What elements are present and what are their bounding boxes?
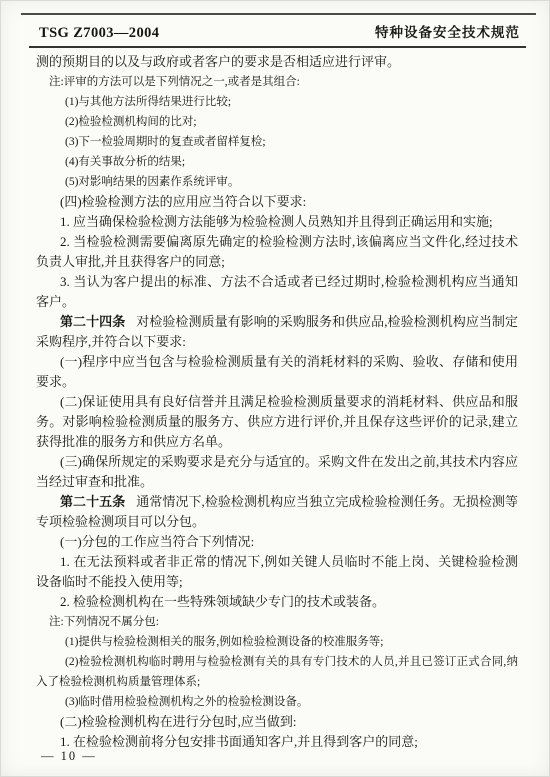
document-code: TSG Z7003—2004 xyxy=(39,25,159,42)
paragraph-text: (3)临时借用检验检测机构之外的检验检测设备。 xyxy=(65,696,308,708)
paragraph: (一)分包的工作应当符合下列情况: xyxy=(36,532,518,552)
paragraph: (四)检验检测方法的应用应当符合以下要求: xyxy=(36,192,518,212)
paragraph: (二)保证使用具有良好信誉并且满足检验检测质量要求的消耗材料、供应品和服务。对影… xyxy=(36,392,518,452)
paragraph: (2)检验检测机构间的比对; xyxy=(36,112,518,132)
paragraph: (3)临时借用检验检测机构之外的检验检测设备。 xyxy=(36,692,518,712)
article-paragraph: 第二十五条通常情况下,检验检测机构应当独立完成检验检测任务。无损检测等专项检验检… xyxy=(36,492,518,532)
article-number: 第二十四条 xyxy=(60,314,125,329)
paragraph-text: 2. 检验检测机构在一些特殊领域缺少专门的技术或装备。 xyxy=(60,594,385,609)
article-paragraph: 第二十四条对检验检测质量有影响的采购服务和供应品,检验检测机构应当制定采购程序,… xyxy=(36,312,518,352)
paragraph: 1. 应当确保检验检测方法能够为检验检测人员熟知并且得到正确运用和实施; xyxy=(36,212,518,232)
paragraph: (三)确保所规定的采购要求是充分与适宜的。采购文件在发出之前,其技术内容应当经过… xyxy=(36,452,518,492)
document-page: TSG Z7003—2004 特种设备安全技术规范 测的预期目的以及与政府或者客… xyxy=(0,0,550,777)
paragraph: 注:评审的方法可以是下列情况之一,或者是其组合: xyxy=(36,72,518,92)
paragraph-text: (5)对影响结果的因素作系统评审。 xyxy=(65,176,239,188)
page-number: — 10 — xyxy=(41,746,97,766)
paragraph-text: (1)提供与检验检测相关的服务,例如检验检测设备的校准服务等; xyxy=(65,636,383,648)
header-rule xyxy=(29,46,526,48)
paragraph: (3)下一检验周期时的复查或者留样复检; xyxy=(36,132,518,152)
paragraph-text: (1)与其他方法所得结果进行比较; xyxy=(65,96,231,108)
paragraph: 2. 当检验检测需要偏离原先确定的检验检测方法时,该偏离应当文件化,经过技术负责… xyxy=(36,232,518,272)
paragraph-text: (二)保证使用具有良好信誉并且满足检验检测质量要求的消耗材料、供应品和服务。对影… xyxy=(36,394,518,449)
paragraph-text: (2)检验检测机构间的比对; xyxy=(65,116,197,128)
paragraph-text: (3)下一检验周期时的复查或者留样复检; xyxy=(65,136,266,148)
document-body: 测的预期目的以及与政府或者客户的要求是否相适应进行评审。注:评审的方法可以是下列… xyxy=(36,52,518,752)
page-header: TSG Z7003—2004 特种设备安全技术规范 xyxy=(39,21,520,42)
paragraph: 1. 在无法预料或者非正常的情况下,例如关键人员临时不能上岗、关键检验检测设备临… xyxy=(36,552,518,592)
paragraph: 2. 检验检测机构在一些特殊领域缺少专门的技术或装备。 xyxy=(36,592,518,612)
paragraph: 1. 在检验检测前将分包安排书面通知客户,并且得到客户的同意; xyxy=(36,732,518,752)
paragraph: 3. 当认为客户提出的标准、方法不合适或者已经过期时,检验检测机构应当通知客户。 xyxy=(36,272,518,312)
paragraph-text: (2)检验检测机构临时聘用与检验检测有关的具有专门技术的人员,并且已签订正式合同… xyxy=(36,656,518,688)
paragraph-text: 测的预期目的以及与政府或者客户的要求是否相适应进行评审。 xyxy=(36,54,400,69)
paragraph-text: 2. 当检验检测需要偏离原先确定的检验检测方法时,该偏离应当文件化,经过技术负责… xyxy=(36,234,518,269)
paragraph: (1)提供与检验检测相关的服务,例如检验检测设备的校准服务等; xyxy=(36,632,518,652)
paragraph-text: 1. 在无法预料或者非正常的情况下,例如关键人员临时不能上岗、关键检验检测设备临… xyxy=(36,554,518,589)
document-title: 特种设备安全技术规范 xyxy=(375,21,520,41)
paragraph-text: (三)确保所规定的采购要求是充分与适宜的。采购文件在发出之前,其技术内容应当经过… xyxy=(36,454,518,489)
paragraph: (2)检验检测机构临时聘用与检验检测有关的具有专门技术的人员,并且已签订正式合同… xyxy=(36,652,518,692)
paragraph-text: 注:下列情况不属分包: xyxy=(49,616,159,628)
paragraph: 测的预期目的以及与政府或者客户的要求是否相适应进行评审。 xyxy=(36,52,518,72)
paragraph-text: (一)程序中应当包含与检验检测质量有关的消耗材料的采购、验收、存储和使用要求。 xyxy=(36,354,518,389)
paragraph: (二)检验检测机构在进行分包时,应当做到: xyxy=(36,712,518,732)
paragraph-text: 1. 应当确保检验检测方法能够为检验检测人员熟知并且得到正确运用和实施; xyxy=(60,214,493,229)
scan-edge-line xyxy=(21,13,536,15)
paragraph: (1)与其他方法所得结果进行比较; xyxy=(36,92,518,112)
paragraph-text: (一)分包的工作应当符合下列情况: xyxy=(60,534,254,549)
paragraph: (一)程序中应当包含与检验检测质量有关的消耗材料的采购、验收、存储和使用要求。 xyxy=(36,352,518,392)
paragraph-text: (4)有关事故分析的结果; xyxy=(65,156,185,168)
paragraph: (4)有关事故分析的结果; xyxy=(36,152,518,172)
paragraph: 注:下列情况不属分包: xyxy=(36,612,518,632)
paragraph-text: (二)检验检测机构在进行分包时,应当做到: xyxy=(60,714,297,729)
paragraph-text: (四)检验检测方法的应用应当符合以下要求: xyxy=(60,194,306,209)
paragraph-text: 3. 当认为客户提出的标准、方法不合适或者已经过期时,检验检测机构应当通知客户。 xyxy=(36,274,518,309)
article-number: 第二十五条 xyxy=(60,494,125,509)
paragraph-text: 1. 在检验检测前将分包安排书面通知客户,并且得到客户的同意; xyxy=(60,734,418,749)
paragraph-text: 注:评审的方法可以是下列情况之一,或者是其组合: xyxy=(49,76,300,88)
paragraph: (5)对影响结果的因素作系统评审。 xyxy=(36,172,518,192)
